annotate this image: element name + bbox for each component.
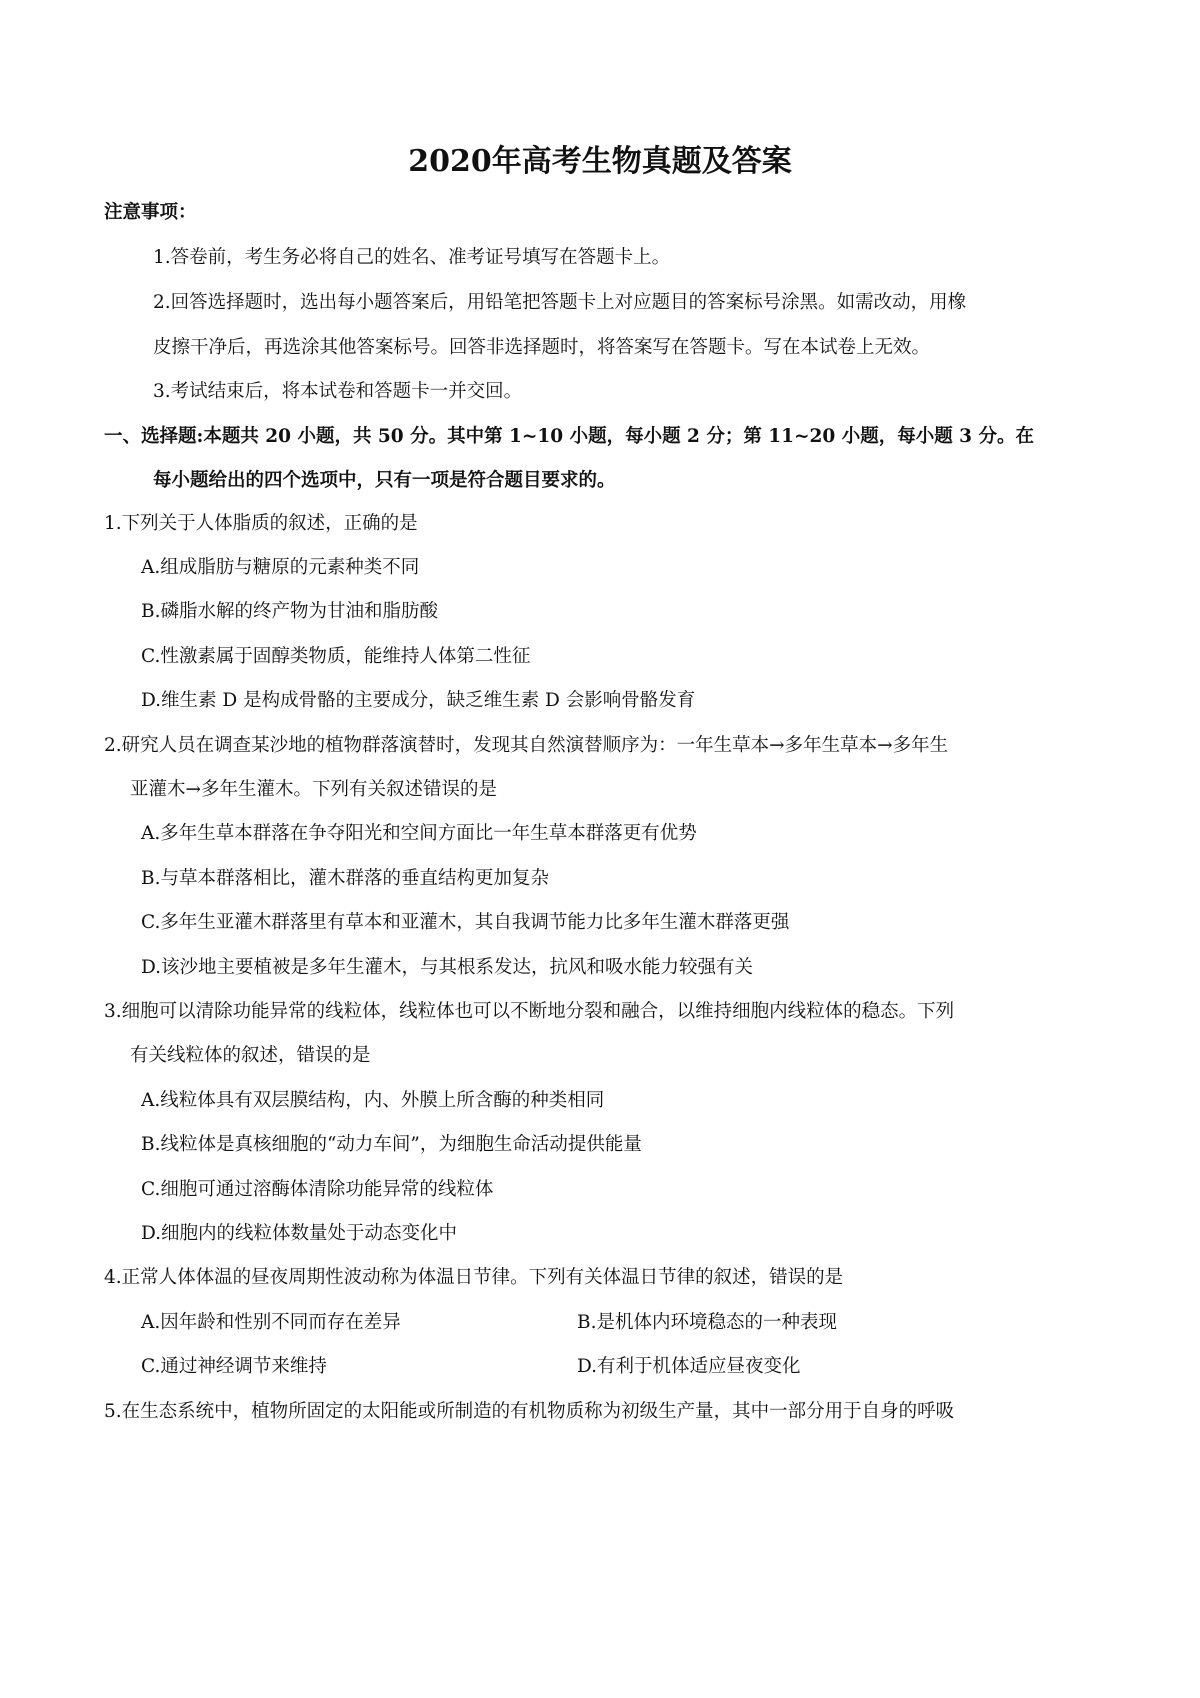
question-3-stem: 3.细胞可以清除功能异常的线粒体，线粒体也可以不断地分裂和融合，以维持细胞内线粒… <box>104 999 954 1025</box>
question-2-option-a: A.多年生草本群落在争夺阳光和空间方面比一年生草本群落更有优势 <box>141 821 697 847</box>
question-4-option-c: C.通过神经调节来维持 <box>141 1354 327 1380</box>
question-1-option-c: C.性激素属于固醇类物质，能维持人体第二性征 <box>141 644 530 670</box>
question-4-option-d: D.有利于机体适应昼夜变化 <box>577 1354 801 1380</box>
question-1-option-a: A.组成脂肪与糖原的元素种类不同 <box>141 555 419 581</box>
question-2-option-d: D.该沙地主要植被是多年生灌木，与其根系发达，抗风和吸水能力较强有关 <box>141 955 753 981</box>
question-2-stem: 2.研究人员在调查某沙地的植物群落演替时，发现其自然演替顺序为：一年生草本→多年… <box>104 733 948 759</box>
question-2-stem-continued: 亚灌木→多年生灌木。下列有关叙述错误的是 <box>130 777 497 803</box>
notice-item: 1.答卷前，考生务必将自己的姓名、准考证号填写在答题卡上。 <box>153 245 670 271</box>
notice-heading: 注意事项： <box>104 200 197 226</box>
question-1-option-d: D.维生素 D 是构成骨骼的主要成分，缺乏维生素 D 会影响骨骼发育 <box>141 688 695 714</box>
exam-page: 2020年高考生物真题及答案 注意事项： 1.答卷前，考生务必将自己的姓名、准考… <box>0 0 1200 1698</box>
page-title: 2020年高考生物真题及答案 <box>0 142 1200 182</box>
question-2-option-c: C.多年生亚灌木群落里有草本和亚灌木，其自我调节能力比多年生灌木群落更强 <box>141 910 789 936</box>
question-5-stem: 5.在生态系统中，植物所固定的太阳能或所制造的有机物质称为初级生产量，其中一部分… <box>104 1399 954 1425</box>
question-3-option-c: C.细胞可通过溶酶体清除功能异常的线粒体 <box>141 1177 493 1203</box>
notice-item-continued: 皮擦干净后，再选涂其他答案标号。回答非选择题时，将答案写在答题卡。写在本试卷上无… <box>153 335 930 361</box>
question-3-option-b: B.线粒体是真核细胞的“动力车间”，为细胞生命活动提供能量 <box>141 1132 642 1158</box>
question-3-stem-continued: 有关线粒体的叙述，错误的是 <box>130 1043 371 1069</box>
question-2-option-b: B.与草本群落相比，灌木群落的垂直结构更加复杂 <box>141 866 549 892</box>
section-heading-continued: 每小题给出的四个选项中，只有一项是符合题目要求的。 <box>153 468 616 494</box>
question-1-stem: 1.下列关于人体脂质的叙述，正确的是 <box>104 511 418 537</box>
notice-item: 2.回答选择题时，选出每小题答案后，用铅笔把答题卡上对应题目的答案标号涂黑。如需… <box>153 290 966 316</box>
question-1-option-b: B.磷脂水解的终产物为甘油和脂肪酸 <box>141 599 438 625</box>
question-4-option-a: A.因年龄和性别不同而存在差异 <box>141 1310 401 1336</box>
notice-item: 3.考试结束后，将本试卷和答题卡一并交回。 <box>153 379 522 405</box>
question-4-option-b: B.是机体内环境稳态的一种表现 <box>577 1310 837 1336</box>
question-3-option-d: D.细胞内的线粒体数量处于动态变化中 <box>141 1221 457 1247</box>
section-heading: 一、选择题:本题共 20 小题，共 50 分。其中第 1~10 小题，每小题 2… <box>104 424 1034 450</box>
question-4-stem: 4.正常人体体温的昼夜周期性波动称为体温日节律。下列有关体温日节律的叙述，错误的… <box>104 1265 843 1291</box>
question-3-option-a: A.线粒体具有双层膜结构，内、外膜上所含酶的种类相同 <box>141 1088 604 1114</box>
